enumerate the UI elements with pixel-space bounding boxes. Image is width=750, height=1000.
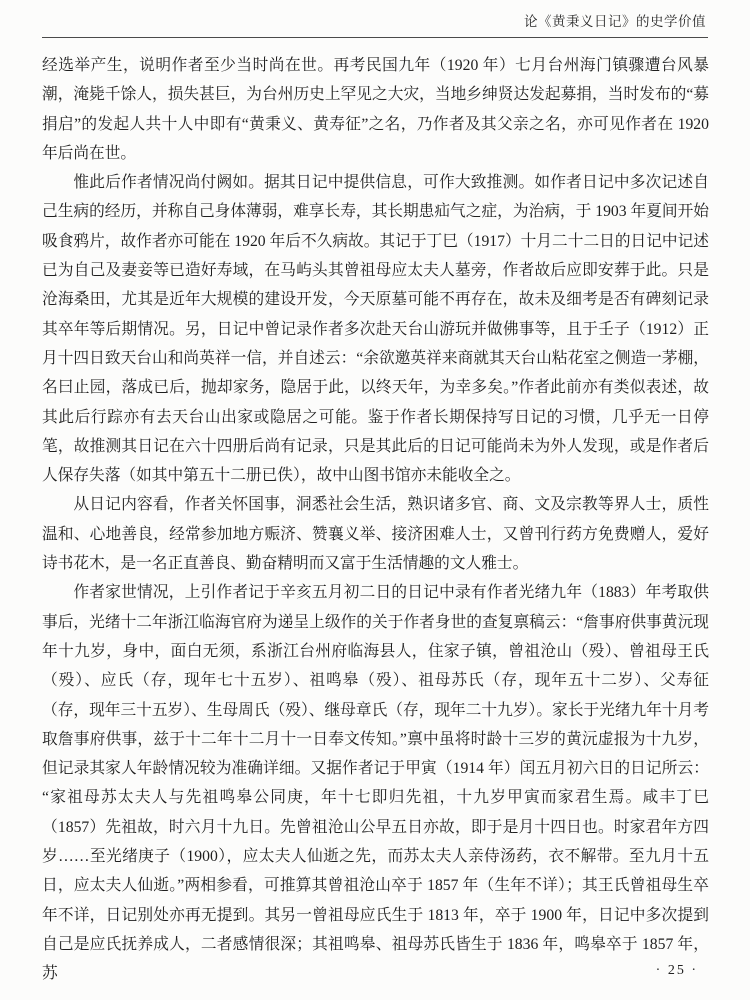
page-number: · 25 ·: [656, 963, 698, 979]
body-text: 经选举产生，说明作者至少当时尚在世。再考民国九年（1920 年）七月台州海门镇骤…: [42, 51, 709, 989]
body-paragraph: 经选举产生，说明作者至少当时尚在世。再考民国九年（1920 年）七月台州海门镇骤…: [42, 51, 709, 168]
document-page: 论《黄秉义日记》的史学价值 经选举产生，说明作者至少当时尚在世。再考民国九年（1…: [0, 0, 750, 1000]
body-paragraph: 从日记内容看，作者关怀国事，洞悉社会生活，熟识诸多官、商、文及宗教等界人士，质性…: [42, 490, 709, 578]
header-rule: [42, 37, 708, 38]
body-paragraph: 惟此后作者情况尚付阙如。据其日记中提供信息，可作大致推测。如作者日记中多次记述自…: [42, 168, 709, 490]
running-head-title: 论《黄秉义日记》的史学价值: [42, 10, 706, 30]
body-paragraph: 作者家世情况，上引作者记于辛亥五月初二日的日记中录有作者光绪九年（1883）年考…: [42, 578, 709, 988]
